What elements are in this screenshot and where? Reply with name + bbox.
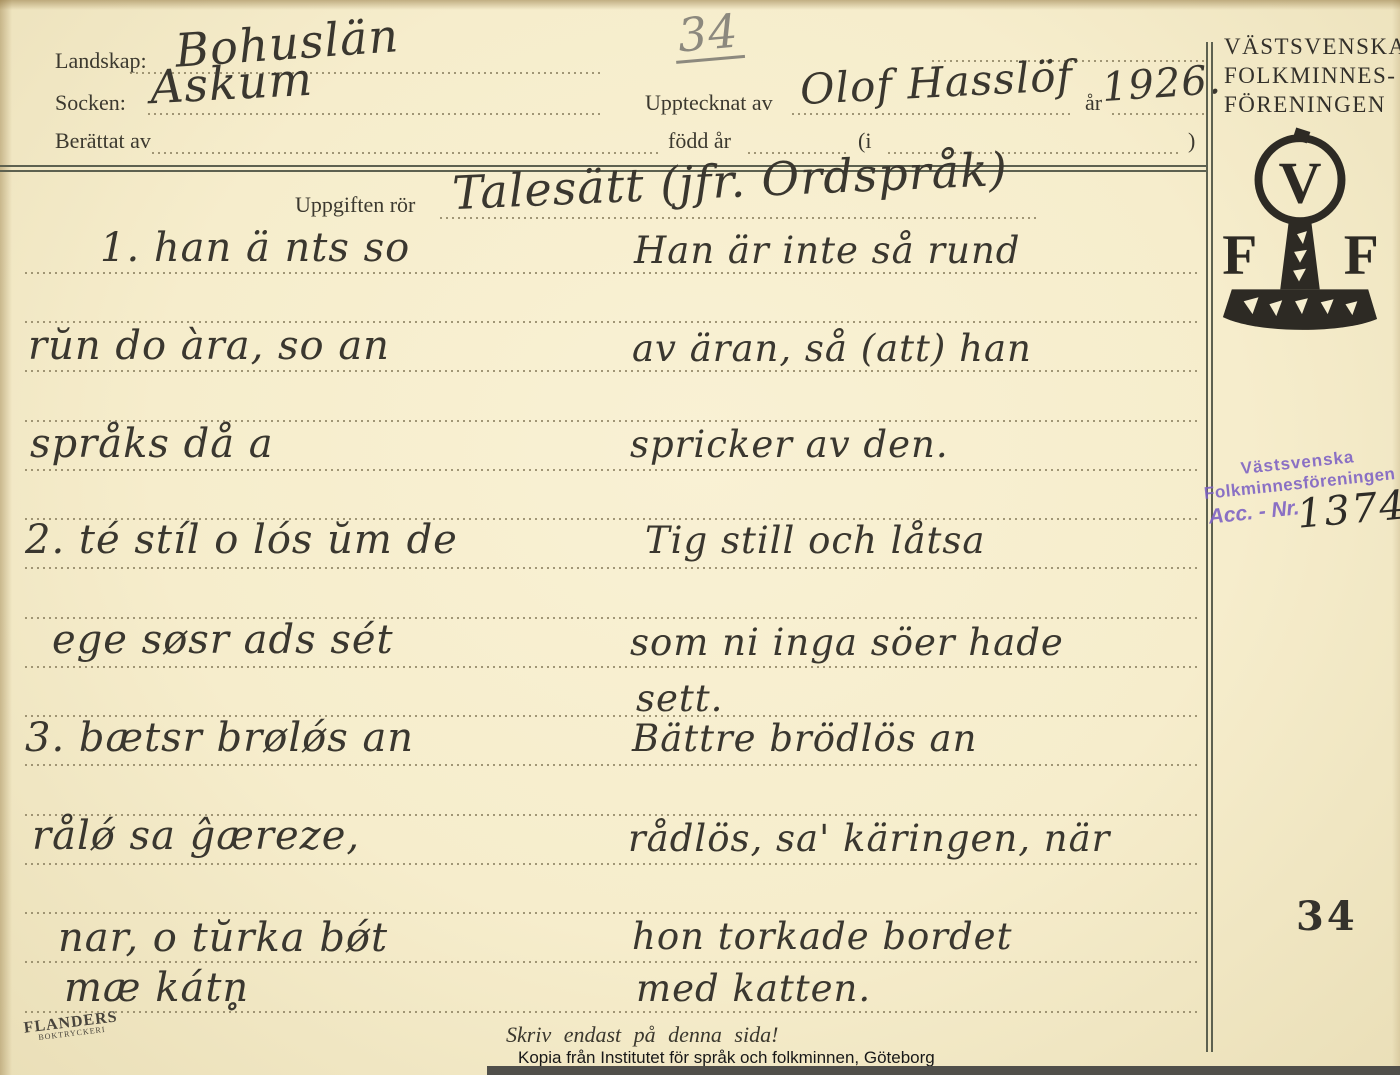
entry-translation: Tig still och låtsa xyxy=(645,522,985,559)
scan-edge-strip xyxy=(487,1066,1400,1075)
ar-label: år xyxy=(1085,90,1102,116)
ruled-line xyxy=(25,764,1197,766)
subject-value-handwriting: Talesätt (jfr. Ordspråk) xyxy=(451,146,1008,216)
socken-line xyxy=(148,113,600,115)
entry-translation: hon torkade bordet xyxy=(632,918,1012,955)
upptecknat-value-handwriting: Olof Hasslöf xyxy=(799,55,1074,111)
page-number: 34 xyxy=(1296,893,1358,940)
entry-translation: spricker av den. xyxy=(630,426,949,463)
entry-dialect: rålǿ sa ĝæreze, xyxy=(32,816,360,856)
ruled-line xyxy=(25,666,1197,668)
entry-dialect: ege søsr ads sét xyxy=(52,620,394,660)
ruled-line xyxy=(25,912,1197,914)
entry-dialect: nar, o tŭrka bǿt xyxy=(58,918,388,958)
entry-dialect: 2. té stíl o lós ŭm de xyxy=(25,520,458,560)
archive-card: Landskap: Bohuslän Socken: Askum Berätta… xyxy=(0,0,1400,1075)
subject-line xyxy=(440,217,1040,219)
entry-dialect: rŭn do àra, so an xyxy=(28,326,390,366)
ruled-line xyxy=(25,272,1197,274)
right-column-rule xyxy=(1206,42,1213,1052)
ar-value-handwriting: 1926. xyxy=(1101,60,1223,108)
fodd-label: född år xyxy=(668,128,731,154)
entry-dialect: 1. han ä nts so xyxy=(100,228,410,268)
upptecknat-line xyxy=(792,113,1074,115)
org-name-line1: VÄSTSVENSKA xyxy=(1224,32,1400,61)
entry-dialect: 3. bætsr brølǿs an xyxy=(25,718,414,758)
accession-number-handwriting: 1374 xyxy=(1295,485,1400,534)
organization-name: VÄSTSVENSKA FOLKMINNES- FÖRENINGEN xyxy=(1224,32,1400,119)
entry-translation: Han är inte så rund xyxy=(634,232,1020,269)
copy-attribution: Kopia från Institutet för språk och folk… xyxy=(518,1048,935,1068)
entry-translation: Bättre brödlös an xyxy=(632,720,977,757)
upptecknat-label: Upptecknat av xyxy=(645,90,773,116)
ruled-line xyxy=(25,567,1197,569)
socken-label: Socken: xyxy=(55,90,126,116)
entry-translation: rådlös, sa' käringen, när xyxy=(628,820,1110,857)
entry-translation: som ni inga söer hade xyxy=(630,624,1064,661)
ruled-line xyxy=(25,961,1197,963)
ruled-line xyxy=(25,370,1197,372)
pencil-number-handwriting: 34 xyxy=(672,7,745,64)
entry-translation: med katten. xyxy=(636,970,871,1007)
write-only-instruction: Skriv endast på denna sida! xyxy=(506,1022,778,1048)
logo-letter-v: V xyxy=(1279,149,1322,215)
entry-dialect: språks då a xyxy=(30,424,274,464)
printer-mark: FLANDERS BOKTRYCKERI xyxy=(23,1010,119,1043)
landskap-label: Landskap: xyxy=(55,48,147,74)
entry-translation: sett. xyxy=(636,680,723,717)
entry-translation: av äran, så (att) han xyxy=(632,330,1032,367)
paren-close-label: ) xyxy=(1188,128,1195,154)
entry-dialect: mæ kátn̥ xyxy=(64,968,249,1008)
logo-letter-f-left: F xyxy=(1222,224,1257,287)
ar-line xyxy=(1112,113,1204,115)
logo-letter-f-right: F xyxy=(1344,224,1379,287)
ruled-line xyxy=(25,863,1197,865)
org-name-line2: FOLKMINNES- xyxy=(1224,61,1400,90)
subject-label: Uppgiften rör xyxy=(295,192,415,218)
thors-hammer-vff-icon: V F F xyxy=(1216,122,1384,362)
org-name-line3: FÖRENINGEN xyxy=(1224,90,1400,119)
socken-value-handwriting: Askum xyxy=(149,56,314,110)
ruled-line xyxy=(25,1011,1197,1013)
berattat-line xyxy=(152,152,660,154)
ruled-line xyxy=(25,469,1197,471)
berattat-label: Berättat av xyxy=(55,128,151,154)
